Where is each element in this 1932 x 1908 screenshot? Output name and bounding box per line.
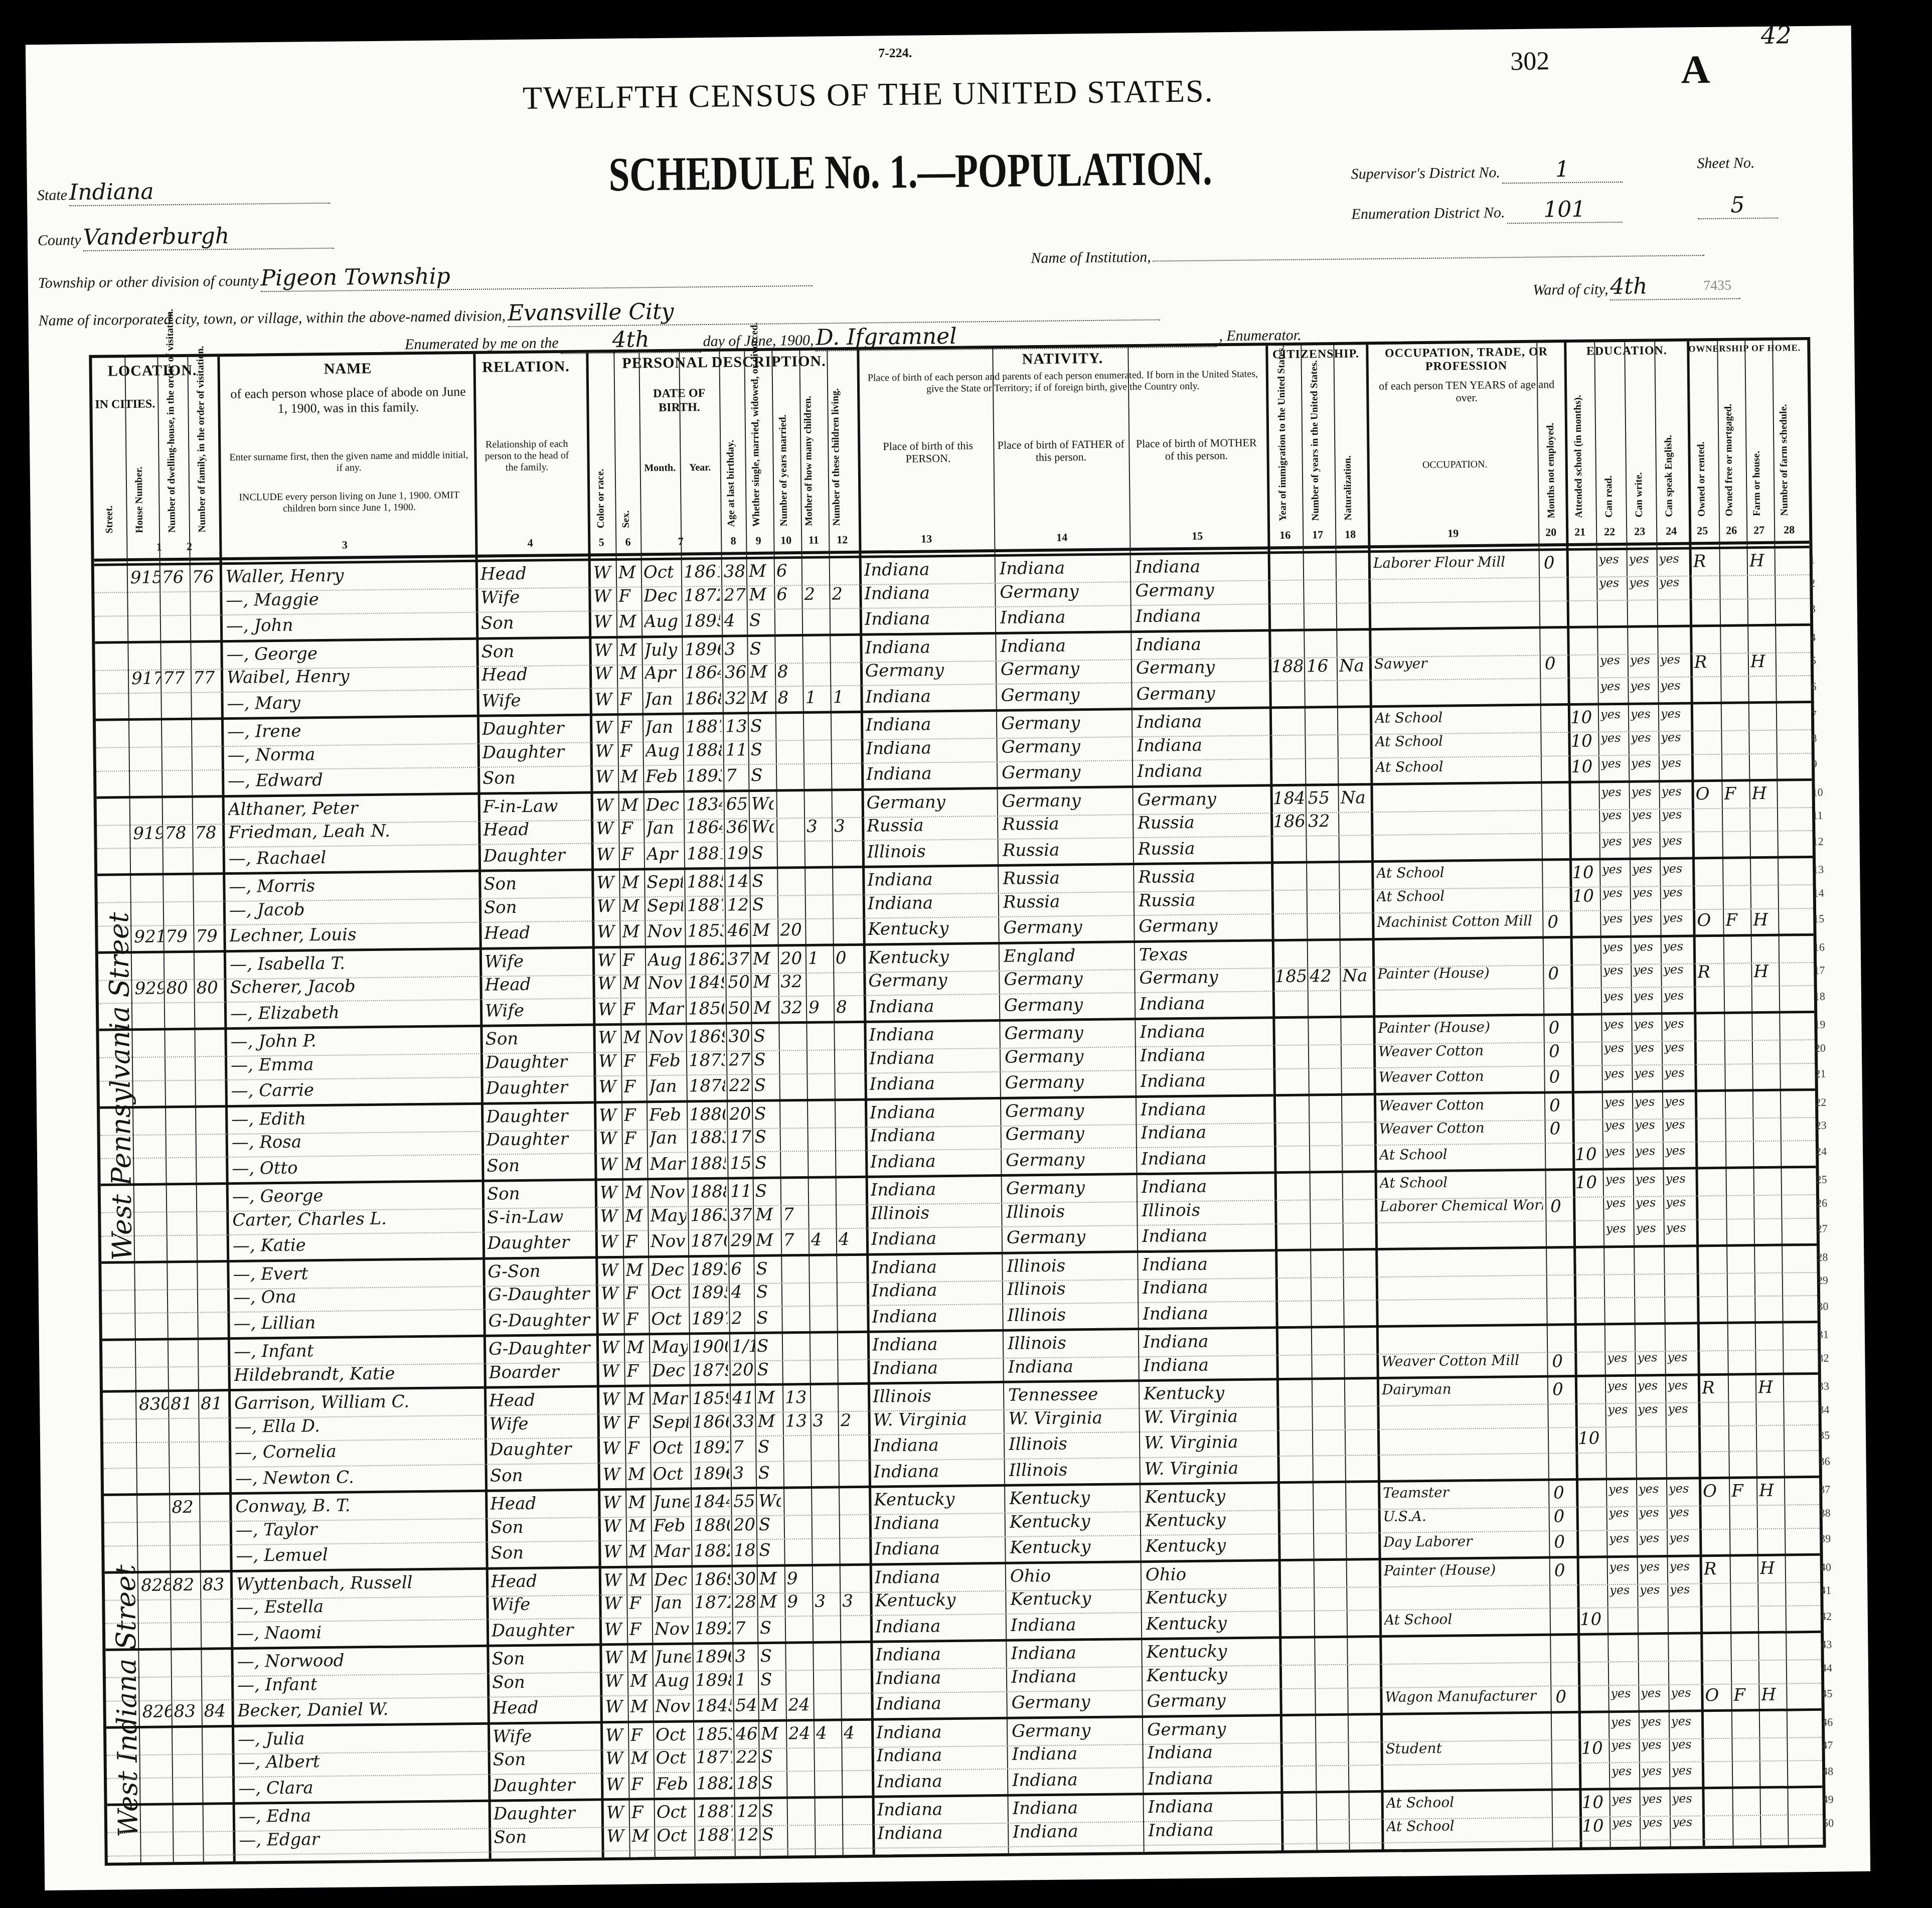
family-number (203, 1652, 229, 1652)
free-mortgaged (1734, 1763, 1758, 1763)
dwelling-number (169, 1210, 195, 1211)
occupation: At School (1375, 731, 1538, 749)
family-number (202, 1520, 228, 1521)
farm-house (1761, 1659, 1785, 1659)
years-in-us (1316, 1508, 1345, 1509)
birthplace-mother: Indiana (1140, 1021, 1270, 1042)
sex: M (628, 1464, 648, 1484)
farm-house (1756, 1248, 1781, 1248)
house-number (143, 1807, 173, 1808)
sheet-number: 5 (1697, 192, 1778, 220)
birth-month: Aug (648, 949, 684, 970)
birth-month: Nov (648, 973, 684, 994)
free-mortgaged (1732, 1530, 1756, 1530)
immigration-year (1271, 605, 1302, 605)
person-name: —, Elizabeth (230, 1001, 478, 1023)
free-mortgaged (1722, 551, 1746, 551)
farm-house (1756, 1220, 1781, 1220)
age: 65 (726, 794, 749, 814)
sex: F (621, 844, 641, 864)
family-number (196, 900, 222, 901)
can-write: yes (1635, 1094, 1661, 1109)
birthplace-person: Kentucky (868, 946, 996, 968)
can-speak-english: yes (1661, 730, 1688, 744)
naturalization (1350, 1689, 1379, 1689)
owned-rented (1704, 1582, 1728, 1582)
marital-status: M (749, 561, 771, 581)
birthplace-person: Indiana (872, 1334, 1000, 1355)
institution-field: Name of Institution, (1031, 243, 1704, 267)
can-speak-english: yes (1672, 1815, 1700, 1829)
children-living (842, 1513, 867, 1514)
relation: Wife (480, 586, 586, 607)
farm-house (1754, 1039, 1779, 1039)
stamp-number: 302 (1510, 46, 1550, 76)
can-write (1637, 1327, 1663, 1327)
years-married (783, 1258, 808, 1258)
birth-month: Apr (645, 663, 681, 684)
family-number: 84 (204, 1701, 230, 1721)
sex: M (624, 1154, 645, 1174)
immigration-year (1282, 1718, 1314, 1718)
person-name: —, Maggie (226, 587, 474, 610)
can-speak-english: yes (1663, 885, 1690, 899)
age: 30 (728, 1026, 751, 1046)
birth-month: Dec (646, 794, 682, 815)
relation: Head (492, 1697, 597, 1718)
sex: F (618, 586, 638, 606)
birth-month: Apr (647, 844, 683, 864)
can-write (1638, 1427, 1664, 1428)
dwelling-number (173, 1598, 199, 1599)
age: 14 (727, 871, 749, 891)
years-in-us (1313, 1224, 1342, 1225)
birthplace-mother: Indiana (1141, 1098, 1271, 1120)
birth-year: 1877 (696, 1747, 732, 1768)
mother-of (814, 1539, 838, 1540)
can-write: yes (1635, 1118, 1661, 1132)
farm-house (1760, 1607, 1785, 1608)
mother-of (812, 1335, 836, 1336)
marital-status: M (759, 1592, 782, 1612)
farm-house (1751, 755, 1776, 755)
immigration-year (1277, 1176, 1308, 1176)
color: W (594, 612, 614, 632)
children-living: 2 (832, 583, 857, 604)
years-in-us (1307, 733, 1336, 734)
mother-of (815, 1617, 839, 1618)
years-in-us (1316, 1562, 1345, 1563)
can-read: yes (1603, 939, 1629, 954)
sex: F (624, 1105, 644, 1125)
house-number (140, 1469, 169, 1470)
children-living (841, 1436, 866, 1437)
dwelling-number (175, 1807, 201, 1808)
column-number: 5 (591, 536, 611, 549)
school-months: 10 (1570, 731, 1596, 751)
immigration-year (1272, 734, 1303, 734)
relation: Wife (489, 1413, 594, 1434)
can-read (1599, 629, 1626, 630)
relation: G-Daughter (488, 1284, 593, 1305)
can-write: yes (1639, 1505, 1665, 1520)
naturalization (1342, 888, 1371, 889)
line-number: 41 (1820, 1584, 1831, 1597)
occupation: Wagon Manufacturer (1385, 1687, 1548, 1705)
birth-month: Mar (650, 1154, 686, 1174)
can-read: yes (1611, 1686, 1637, 1701)
birth-year: 1893 (691, 1259, 727, 1280)
person-name: —, Irene (227, 719, 475, 742)
age: 4 (731, 1282, 754, 1302)
house-number (137, 1236, 167, 1237)
naturalization (1344, 1097, 1373, 1098)
sex: F (626, 1283, 646, 1303)
children-living (842, 1539, 867, 1540)
birthplace-mother: Germany (1135, 579, 1265, 601)
dwelling-number (171, 1443, 197, 1444)
family-number (205, 1753, 231, 1753)
can-speak-english: yes (1672, 1791, 1699, 1806)
line-number: 4 (1810, 630, 1816, 644)
sex: M (629, 1570, 649, 1590)
owned-rented (1702, 1401, 1726, 1401)
marital-status: Wd (751, 793, 774, 814)
marital-status: S (754, 1049, 776, 1069)
immigration-year (1270, 579, 1302, 579)
occupation (1384, 1584, 1547, 1585)
children-living (837, 1126, 862, 1127)
birthplace-person: Indiana (874, 1538, 1002, 1559)
years-married: 9 (787, 1568, 811, 1588)
family-number (194, 722, 220, 722)
naturalization (1342, 914, 1371, 914)
children-living (843, 1694, 868, 1695)
color: W (599, 1154, 619, 1174)
sex: F (623, 1051, 643, 1071)
person-name: —, Ella D. (234, 1414, 482, 1437)
years-in-us (1317, 1640, 1346, 1641)
months-unemployed: 0 (1548, 964, 1568, 984)
supervisor-field: Supervisor's District No. 1 (1351, 156, 1623, 186)
person-name: Lechner, Louis (229, 923, 477, 946)
can-speak-english: yes (1670, 1582, 1697, 1597)
birthplace-father: Russia (1003, 839, 1131, 861)
free-mortgaged (1728, 1194, 1752, 1195)
naturalization (1346, 1353, 1375, 1354)
naturalization (1343, 992, 1372, 992)
birthplace-person: Indiana (870, 1125, 998, 1146)
immigration-year (1275, 992, 1306, 993)
birth-year: 1866 (692, 1411, 728, 1432)
months-unemployed: 0 (1549, 1095, 1569, 1116)
person-name: —, George (232, 1184, 480, 1207)
line-number: 21 (1815, 1067, 1826, 1080)
age: 18 (736, 1773, 759, 1793)
line-number: 27 (1817, 1222, 1828, 1235)
birthplace-person: Indiana (865, 686, 993, 707)
age: 30 (734, 1569, 757, 1589)
color: W (604, 1594, 624, 1614)
owned-rented (1701, 1298, 1725, 1298)
mother-of (814, 1462, 838, 1463)
can-write: yes (1636, 1172, 1662, 1186)
family-number (203, 1624, 229, 1624)
free-mortgaged (1722, 600, 1746, 600)
age: 2 (731, 1308, 754, 1328)
occupation (1373, 576, 1536, 578)
years-in-us (1319, 1818, 1348, 1819)
free-mortgaged (1724, 833, 1748, 833)
color: W (601, 1309, 621, 1329)
birthplace-mother: Indiana (1140, 1044, 1270, 1066)
column-number: 28 (1779, 523, 1799, 536)
naturalization (1347, 1430, 1376, 1431)
years-married (789, 1824, 814, 1824)
birthplace-person: Indiana (874, 1512, 1002, 1533)
line-number: 22 (1815, 1095, 1826, 1108)
birthplace-father: Illinois (1007, 1278, 1135, 1300)
line-number: 1 (1810, 553, 1815, 566)
birthplace-mother: Indiana (1137, 734, 1267, 756)
mother-of (810, 1126, 834, 1127)
dwelling-number (174, 1675, 200, 1676)
farm-house: H (1759, 1481, 1783, 1501)
occupation: Painter (House) (1377, 964, 1540, 982)
schedule-title: SCHEDULE No. 1.—POPULATION. (608, 140, 1212, 202)
census-sheet: 7-224. 302 A 42 TWELFTH CENSUS OF THE UN… (26, 26, 1870, 1890)
naturalization (1349, 1562, 1378, 1563)
can-write (1636, 1249, 1662, 1250)
birthplace-father: Germany (1001, 736, 1129, 757)
color: W (594, 640, 614, 660)
color: W (606, 1774, 626, 1794)
family-number (205, 1779, 231, 1779)
mother-of (811, 1180, 835, 1181)
age: 20 (734, 1515, 756, 1535)
mother-of: 9 (809, 997, 833, 1018)
family-number (204, 1729, 230, 1730)
immigration-year (1278, 1354, 1310, 1354)
relation: Wife (485, 950, 590, 972)
school-months (1579, 1583, 1605, 1583)
relation: Daughter (482, 718, 587, 739)
school-months (1569, 630, 1595, 630)
relation: Daughter (490, 1439, 595, 1460)
free-mortgaged (1733, 1608, 1757, 1608)
months-unemployed: 0 (1548, 1018, 1568, 1038)
family-number (199, 1264, 225, 1265)
farm-house (1757, 1326, 1782, 1326)
can-write (1630, 601, 1656, 601)
immigration-year (1275, 1044, 1307, 1044)
owned-rented: R (1693, 551, 1717, 572)
occupation: Sawyer (1374, 654, 1537, 672)
relation: G-Daughter (489, 1338, 594, 1359)
farm-house (1753, 938, 1778, 938)
can-speak-english: yes (1662, 808, 1689, 822)
immigration-year (1281, 1612, 1313, 1613)
mother-of: 1 (808, 948, 832, 969)
person-name: —, Edgar (239, 1827, 487, 1850)
column-number: 23 (1630, 525, 1650, 538)
line-number: 38 (1820, 1506, 1831, 1519)
children-living (844, 1772, 869, 1772)
months-unemployed: 0 (1554, 1560, 1574, 1580)
years-in-us (1307, 682, 1336, 682)
children-living (835, 842, 860, 842)
birth-year: 1872 (684, 585, 720, 605)
school-months (1579, 1531, 1605, 1532)
birth-month: Aug (645, 740, 681, 761)
birthplace-mother: W. Virginia (1144, 1458, 1274, 1479)
birthplace-person: Indiana (864, 559, 992, 580)
family-number (203, 1598, 229, 1598)
dwelling-number (168, 1109, 194, 1110)
can-speak-english: yes (1660, 653, 1688, 667)
can-read: yes (1604, 1094, 1631, 1109)
school-months (1569, 552, 1595, 553)
owned-rented (1697, 884, 1721, 885)
birthplace-person: Kentucky (868, 918, 996, 939)
marital-status: M (752, 920, 775, 940)
line-number: 7 (1811, 708, 1817, 721)
birthplace-person: Indiana (865, 637, 993, 658)
color: W (603, 1493, 623, 1513)
school-months: 10 (1581, 1738, 1607, 1759)
school-months: 10 (1580, 1609, 1606, 1630)
color: W (605, 1697, 625, 1717)
relation: G-Daughter (488, 1310, 593, 1331)
can-read: yes (1606, 1221, 1632, 1236)
person-name: —, Norwood (237, 1649, 485, 1672)
birthplace-father: Illinois (1007, 1304, 1135, 1326)
dwelling-number (166, 955, 192, 955)
birthplace-father: Germany (1011, 1691, 1139, 1713)
years-in-us (1314, 1330, 1343, 1331)
birth-month: July (644, 640, 680, 660)
house-number (140, 1546, 170, 1547)
birthplace-mother: Indiana (1137, 760, 1267, 781)
color: W (599, 1129, 619, 1149)
months-unemployed: 0 (1544, 553, 1564, 573)
can-read: yes (1607, 1402, 1634, 1416)
years-in-us (1312, 1198, 1341, 1199)
can-write: yes (1632, 834, 1658, 848)
column-number: 6 (618, 535, 638, 548)
birth-month: Oct (653, 1464, 689, 1484)
years-in-us (1309, 914, 1338, 915)
relation: Head (481, 664, 587, 685)
person-name: —, Otto (232, 1156, 480, 1178)
dwelling-number (175, 1830, 201, 1831)
line-number: 34 (1818, 1403, 1829, 1416)
naturalization (1345, 1224, 1374, 1224)
farm-house: H (1749, 551, 1774, 571)
naturalization (1340, 759, 1369, 759)
age: 11 (725, 740, 748, 760)
house-number (139, 1417, 169, 1418)
color: W (600, 1232, 620, 1252)
years-married (786, 1462, 810, 1463)
occupation: At School (1375, 757, 1538, 775)
school-months (1574, 1066, 1600, 1067)
can-write: yes (1632, 808, 1658, 822)
can-speak-english (1660, 601, 1687, 601)
sex: M (626, 1337, 647, 1357)
birthplace-person: Indiana (865, 608, 993, 629)
dwelling-number (168, 1133, 194, 1134)
mother-of (804, 638, 829, 639)
marital-status: S (757, 1359, 779, 1379)
birthplace-person: Indiana (876, 1721, 1004, 1742)
column-number: 26 (1721, 524, 1741, 537)
house-number (141, 1652, 171, 1653)
column-number: 25 (1692, 524, 1712, 537)
years-in-us (1310, 992, 1339, 992)
children-living (833, 661, 858, 662)
occupation (1380, 1222, 1543, 1224)
color: W (595, 718, 615, 738)
farm-house (1759, 1504, 1783, 1504)
age: 7 (726, 765, 748, 785)
color: W (606, 1803, 626, 1823)
farm-house (1758, 1400, 1782, 1401)
occupation: At School (1375, 708, 1538, 726)
sheet-letter: A (1681, 47, 1710, 93)
mother-of (813, 1436, 837, 1437)
owned-rented (1695, 755, 1719, 756)
marital-status: S (755, 1181, 778, 1201)
school-months: 10 (1572, 862, 1598, 883)
birthplace-father: Germany (1004, 1022, 1132, 1044)
birthplace-father: Indiana (1013, 1797, 1141, 1819)
person-name: —, Taylor (236, 1517, 484, 1540)
owned-rented (1704, 1636, 1728, 1637)
relation: Daughter (486, 1105, 591, 1127)
can-write (1640, 1609, 1666, 1609)
owned-rented (1701, 1349, 1725, 1350)
school-months: 10 (1578, 1428, 1604, 1449)
naturalization (1350, 1663, 1379, 1664)
school-months: 10 (1582, 1816, 1608, 1836)
free-mortgaged (1729, 1298, 1753, 1298)
family-number (195, 800, 221, 800)
years-married: 6 (776, 584, 800, 605)
age: 33 (732, 1411, 755, 1432)
birthplace-mother: Kentucky (1146, 1641, 1276, 1662)
sex: M (621, 795, 641, 815)
birthplace-father: Germany (1000, 581, 1128, 602)
age: 6 (731, 1259, 753, 1279)
children-living (839, 1257, 864, 1258)
house-number (138, 1288, 167, 1289)
relation: Son (481, 641, 586, 662)
birthplace-father: Germany (1002, 790, 1130, 812)
children-living (839, 1281, 864, 1282)
birthplace-father: Germany (1012, 1720, 1140, 1741)
birthplace-person: Illinois (873, 1385, 1001, 1407)
occupation: Weaver Cotton (1379, 1119, 1542, 1137)
children-living (845, 1823, 870, 1824)
can-read (1611, 1660, 1637, 1661)
naturalization (1351, 1818, 1380, 1819)
birthplace-person: Indiana (876, 1744, 1004, 1766)
mother-of (804, 560, 828, 561)
birthplace-person: Indiana (872, 1305, 1000, 1327)
dwelling-number (167, 1081, 193, 1082)
children-living (845, 1800, 870, 1801)
